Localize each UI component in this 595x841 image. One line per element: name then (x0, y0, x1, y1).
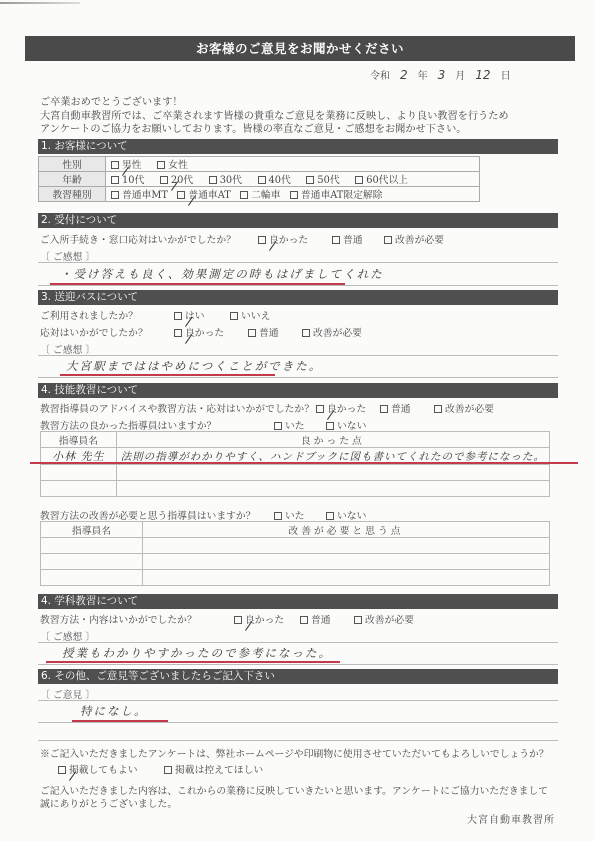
section-header-classroom: 4. 学科教習について (38, 594, 558, 609)
skills-option-good[interactable]: 良かった (316, 401, 366, 415)
checkbox-icon[interactable] (434, 405, 442, 413)
consent-allow[interactable]: 掲載してもよい (58, 762, 138, 776)
classroom-comment[interactable]: 授業もわかりやすかったので参考になった。 (62, 645, 332, 661)
customer-info-table: 性別 男性 女性 年齢 10代 20代 30代 40代 50代 60代以上 教習… (38, 156, 480, 202)
table-row (41, 570, 550, 586)
intro-line: ご卒業おめでとうございます！ (40, 96, 560, 110)
option-40s[interactable]: 40代 (258, 175, 291, 186)
checkbox-icon[interactable] (111, 191, 119, 199)
form-title: お客様のご意見をお聞かせください (25, 36, 575, 61)
date-year-value[interactable]: 2 (400, 68, 408, 82)
skills-option-normal[interactable]: 普通 (380, 401, 411, 415)
divider (38, 642, 558, 643)
date-day-value[interactable]: 12 (475, 68, 490, 82)
school-signature: 大宮自動車教習所 (467, 811, 555, 826)
classroom-option-needs-improvement[interactable]: 改善が必要 (354, 612, 414, 626)
instructor-name-cell[interactable] (41, 570, 143, 586)
checkbox-icon[interactable] (230, 312, 238, 320)
option-at-limit-removal[interactable]: 普通車AT限定解除 (290, 190, 383, 201)
table-row (41, 554, 550, 570)
good-points-cell[interactable] (116, 481, 549, 497)
classroom-question: 教習方法・内容はいかがでしたか？ (40, 612, 197, 626)
consent-question: ※ご記入いただきましたアンケートは、弊社ホームページや印刷物に使用させていただい… (40, 748, 570, 761)
instructor-name-cell[interactable] (41, 538, 143, 554)
checkbox-icon-checked[interactable] (58, 766, 66, 774)
bus-used-question: ご利用されましたか？ (40, 308, 138, 322)
reception-comment-label: 〔 ご感想 〕 (40, 249, 95, 263)
instructor-name-cell[interactable] (41, 465, 117, 481)
checkbox-icon[interactable] (274, 512, 282, 520)
good-instructor-table: 指導員名 良かった点 小林 先生 法則の指導がわかりやすく、ハンドブックに図も書… (40, 431, 550, 497)
checkbox-icon[interactable] (306, 176, 314, 184)
divider (38, 700, 558, 701)
section-header-skills: 4. 技能教習について (38, 383, 558, 398)
label-course-type: 教習種別 (39, 187, 106, 202)
option-female[interactable]: 女性 (157, 160, 188, 171)
divider (38, 285, 558, 286)
red-underline (60, 374, 275, 376)
intro-line: 大宮自動車教習所では、ご卒業されます皆様の貴重なご意見を業務に反映し、より良い教… (40, 110, 560, 124)
improve-points-cell[interactable] (143, 554, 550, 570)
bus-used-yes[interactable]: はい (174, 308, 205, 322)
section-header-reception: 2. 受付について (38, 213, 558, 228)
checkbox-icon[interactable] (380, 405, 388, 413)
improve-points-cell[interactable] (143, 538, 550, 554)
classroom-option-good[interactable]: 良かった (234, 612, 284, 626)
option-10s[interactable]: 10代 (111, 175, 144, 186)
gender-options: 男性 女性 (106, 157, 480, 172)
checkbox-icon[interactable] (157, 161, 165, 169)
instructor-name-cell[interactable] (41, 481, 117, 497)
improve-points-cell[interactable] (143, 570, 550, 586)
option-mt[interactable]: 普通車MT (111, 190, 168, 201)
closing-line: ご記入いただきました内容は、これからの業務に反映していきたいと思います。アンケー… (40, 785, 570, 798)
option-motorcycle[interactable]: 二輪車 (240, 190, 280, 201)
closing-line: 誠にありがとうございました。 (40, 798, 570, 811)
column-header-instructor: 指導員名 (41, 432, 117, 448)
checkbox-icon-checked[interactable] (174, 329, 182, 337)
checkbox-icon-checked[interactable] (177, 191, 185, 199)
checkbox-icon-checked[interactable] (174, 312, 182, 320)
date-month-unit: 月 (455, 67, 465, 82)
checkbox-icon[interactable] (384, 236, 392, 244)
table-row (41, 465, 550, 481)
checkbox-icon-checked[interactable] (111, 161, 119, 169)
checkbox-icon[interactable] (354, 616, 362, 624)
checkbox-icon[interactable] (164, 766, 172, 774)
good-instructor-yes[interactable]: いた (274, 418, 305, 432)
bus-comment[interactable]: 大宮駅までははやめにつくことができた。 (66, 358, 322, 374)
checkbox-icon-checked[interactable] (316, 405, 324, 413)
instructor-name-cell[interactable] (41, 554, 143, 570)
reception-comment[interactable]: ・受け答えも良く、効果測定の時もはげましてくれた (60, 266, 384, 282)
date-era: 令和 (370, 67, 390, 82)
other-comment-label: 〔 ご意見 〕 (40, 687, 95, 701)
course-options: 普通車MT 普通車AT 二輪車 普通車AT限定解除 (106, 187, 480, 202)
section-header-bus: 3. 送迎バスについて (38, 290, 558, 305)
improve-instructor-no[interactable]: いない (326, 508, 366, 522)
checkbox-icon[interactable] (290, 191, 298, 199)
checkbox-icon[interactable] (355, 176, 363, 184)
date-year-unit: 年 (418, 67, 428, 82)
option-at[interactable]: 普通車AT (177, 190, 230, 201)
reception-option-good[interactable]: 良かった (258, 232, 308, 246)
reception-question: ご入所手続き・窓口応対はいかがでしたか？ (40, 232, 236, 246)
label-age: 年齢 (39, 172, 106, 187)
option-60s-plus[interactable]: 60代以上 (355, 175, 408, 186)
checkbox-icon[interactable] (332, 236, 340, 244)
checkbox-icon[interactable] (209, 176, 217, 184)
good-instructor-no[interactable]: いない (326, 418, 366, 432)
intro-line: アンケートのご協力をお願いしております。皆様の率直なご意見・ご感想をお聞かせ下さ… (40, 123, 560, 137)
improve-instructor-table: 指導員名 改善が必要と思う点 (40, 521, 550, 586)
consent-decline[interactable]: 掲載は控えてほしい (164, 762, 263, 776)
checkbox-icon-checked[interactable] (160, 176, 168, 184)
red-underline (30, 462, 578, 464)
divider (38, 377, 558, 378)
checkbox-icon[interactable] (248, 329, 256, 337)
table-row (41, 481, 550, 497)
divider (38, 722, 558, 723)
good-instructor-question: 教習方法の良かった指導員はいますか？ (40, 418, 216, 432)
skills-instructor-question: 教習指導員のアドバイスや教習方法・応対はいかがでしたか？ (40, 401, 314, 415)
red-underline (46, 661, 340, 663)
scan-artifact (0, 2, 80, 4)
closing-text: ご記入いただきました内容は、これからの業務に反映していきたいと思います。アンケー… (40, 785, 570, 811)
date-day-unit: 日 (501, 67, 511, 82)
option-male[interactable]: 男性 (111, 160, 142, 171)
improve-instructor-question: 教習方法の改善が必要と思う指導員はいますか？ (40, 508, 256, 522)
reception-option-needs-improvement[interactable]: 改善が必要 (384, 232, 444, 246)
classroom-option-normal[interactable]: 普通 (300, 612, 331, 626)
checkbox-icon[interactable] (111, 176, 119, 184)
good-points-text: 法則の指導がわかりやすく、ハンドブックに図も書いてくれたので参考になった。 (121, 451, 545, 463)
checkbox-icon[interactable] (240, 191, 248, 199)
age-options: 10代 20代 30代 40代 50代 60代以上 (106, 172, 480, 187)
bus-used-no[interactable]: いいえ (230, 308, 270, 322)
classroom-comment-label: 〔 ご感想 〕 (40, 629, 95, 643)
divider (38, 355, 558, 356)
section-header-other: 6. その他、ご意見等ございましたらご記入下さい (38, 669, 558, 684)
date-month-value[interactable]: 3 (438, 68, 446, 82)
other-comment[interactable]: 特になし。 (80, 703, 148, 719)
checkbox-icon[interactable] (274, 422, 282, 430)
checkbox-icon[interactable] (302, 329, 310, 337)
label-gender: 性別 (39, 157, 106, 172)
reception-option-normal[interactable]: 普通 (332, 232, 363, 246)
divider (38, 664, 558, 665)
bus-service-needs-improvement[interactable]: 改善が必要 (302, 325, 362, 339)
checkbox-icon-checked[interactable] (258, 236, 266, 244)
intro-text: ご卒業おめでとうございます！ 大宮自動車教習所では、ご卒業されます皆様の貴重なご… (40, 96, 560, 137)
checkbox-icon[interactable] (300, 616, 308, 624)
column-header-improve-points: 改善が必要と思う点 (143, 522, 550, 538)
bus-comment-label: 〔 ご感想 〕 (40, 342, 95, 356)
column-header-instructor: 指導員名 (41, 522, 143, 538)
improve-instructor-yes[interactable]: いた (274, 508, 305, 522)
checkbox-icon[interactable] (326, 422, 334, 430)
skills-option-needs-improvement[interactable]: 改善が必要 (434, 401, 494, 415)
bus-service-normal[interactable]: 普通 (248, 325, 279, 339)
checkbox-icon[interactable] (326, 512, 334, 520)
option-50s[interactable]: 50代 (306, 175, 339, 186)
checkbox-icon[interactable] (258, 176, 266, 184)
option-20s[interactable]: 20代 (160, 175, 193, 186)
good-points-cell[interactable] (116, 465, 549, 481)
date-field: 令和 2 年 3 月 12 日 (370, 67, 570, 82)
checkbox-icon-checked[interactable] (234, 616, 242, 624)
section-header-customer: 1. お客様について (38, 139, 558, 154)
divider (38, 262, 558, 263)
bus-service-question: 応対はいかがでしたか？ (40, 325, 148, 339)
option-30s[interactable]: 30代 (209, 175, 242, 186)
table-row (41, 538, 550, 554)
column-header-good-points: 良かった点 (116, 432, 549, 448)
divider (38, 740, 558, 741)
bus-service-good[interactable]: 良かった (174, 325, 224, 339)
